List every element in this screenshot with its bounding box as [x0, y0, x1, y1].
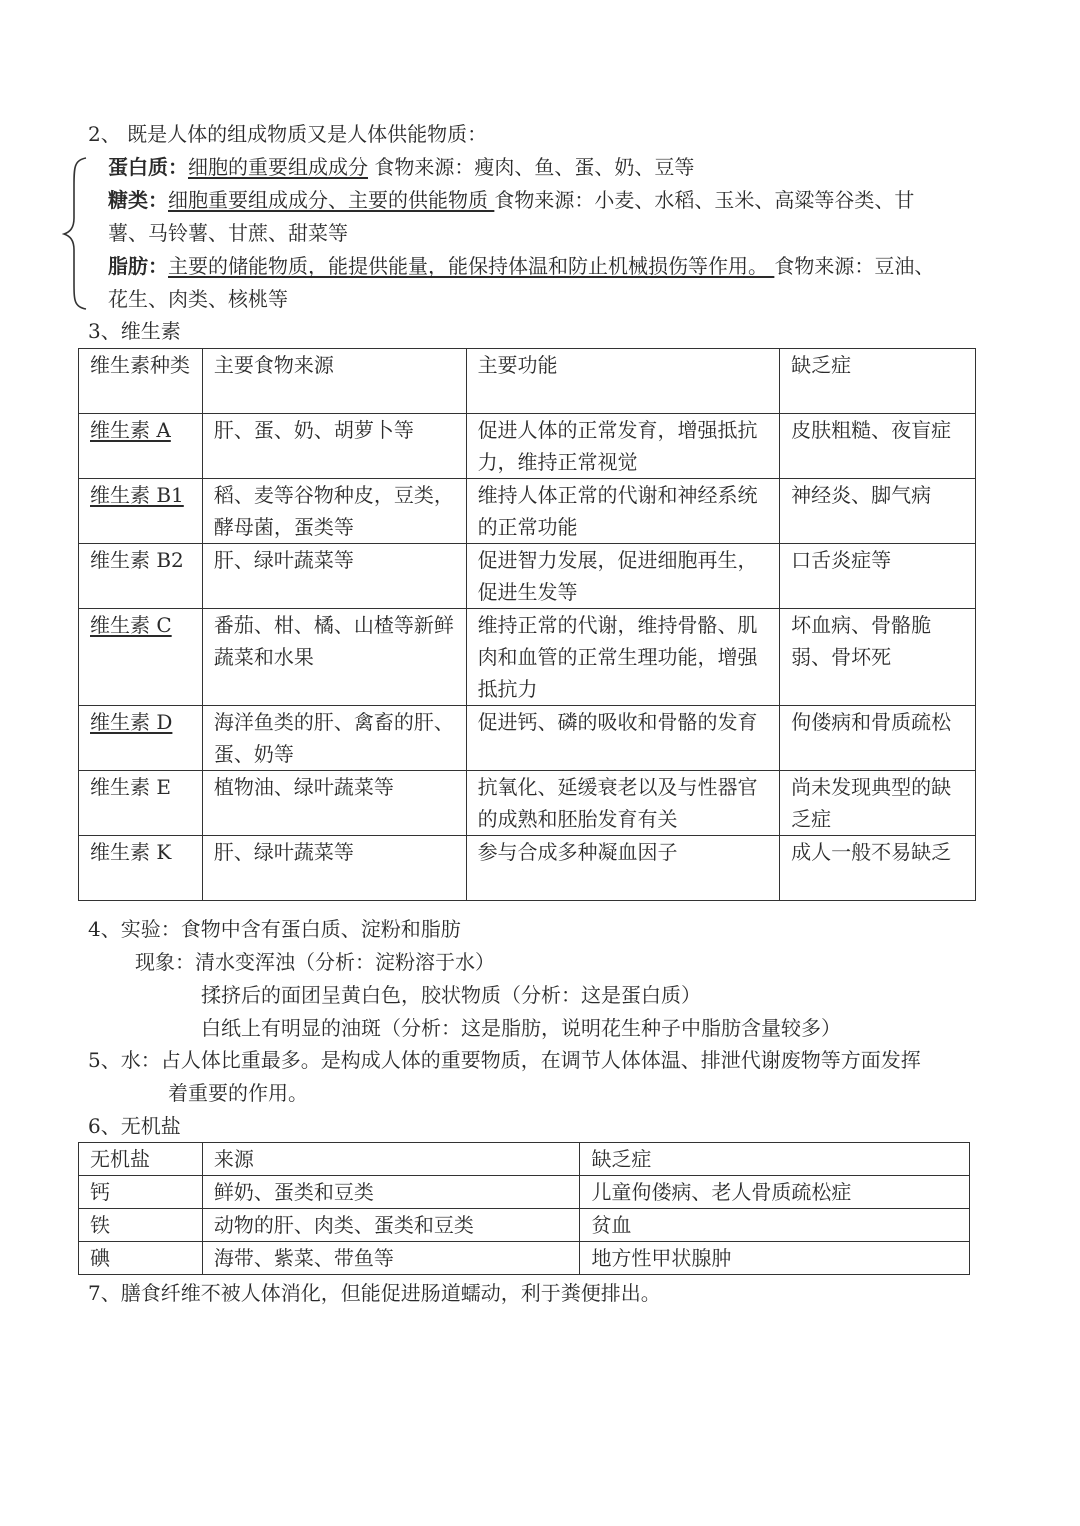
observation-2: 揉挤后的面团呈黄白色，胶状物质（分析：这是蛋白质）	[201, 979, 701, 1011]
header-cell: 缺乏症	[580, 1143, 970, 1176]
vitamin-deficiency: 尚未发现典型的缺乏症	[780, 771, 976, 836]
mineral-deficiency: 地方性甲状腺肿	[580, 1242, 970, 1275]
table-row: 维生素 K 肝、绿叶蔬菜等 参与合成多种凝血因子 成人一般不易缺乏	[79, 836, 976, 901]
fat-label: 脂肪：	[108, 254, 168, 278]
sugar-function: 细胞重要组成成分、主要的供能物质	[168, 188, 494, 212]
section-2-title: 2、 既是人体的组成物质又是人体供能物质：	[88, 118, 487, 150]
vitamin-source: 植物油、绿叶蔬菜等	[202, 771, 466, 836]
vitamin-function: 促进智力发展，促进细胞再生，促进生发等	[466, 544, 780, 609]
vitamin-name: 维生素 K	[79, 836, 203, 901]
mineral-deficiency: 贫血	[580, 1209, 970, 1242]
vitamin-function: 维持人体正常的代谢和神经系统的正常功能	[466, 479, 780, 544]
vitamin-source: 稻、麦等谷物种皮，豆类，酵母菌，蛋类等	[202, 479, 466, 544]
vitamin-source: 肝、蛋、奶、胡萝卜等	[202, 414, 466, 479]
vitamin-function: 维持正常的代谢，维持骨骼、肌肉和血管的正常生理功能，增强抵抗力	[466, 609, 780, 706]
curly-brace-icon	[62, 156, 92, 311]
vitamin-function: 参与合成多种凝血因子	[466, 836, 780, 901]
table-header-row: 维生素种类 主要食物来源 主要功能 缺乏症	[79, 349, 976, 414]
protein-label: 蛋白质：	[108, 155, 188, 179]
section-5-line-2: 着重要的作用。	[168, 1077, 308, 1109]
table-row: 维生素 B2 肝、绿叶蔬菜等 促进智力发展，促进细胞再生，促进生发等 口舌炎症等	[79, 544, 976, 609]
table-row: 维生素 B1 稻、麦等谷物种皮，豆类，酵母菌，蛋类等 维持人体正常的代谢和神经系…	[79, 479, 976, 544]
sugar-label: 糖类：	[108, 188, 168, 212]
section-3-title: 3、维生素	[88, 315, 181, 347]
header-cell: 主要功能	[466, 349, 780, 414]
mineral-source: 鲜奶、蛋类和豆类	[202, 1176, 580, 1209]
vitamin-deficiency: 神经炎、脚气病	[780, 479, 976, 544]
vitamin-name: 维生素 E	[79, 771, 203, 836]
observation-1: 现象：清水变浑浊（分析：淀粉溶于水）	[135, 946, 495, 978]
observation-3: 白纸上有明显的油斑（分析：这是脂肪，说明花生种子中脂肪含量较多）	[201, 1012, 841, 1044]
vitamin-deficiency: 口舌炎症等	[780, 544, 976, 609]
header-cell: 主要食物来源	[202, 349, 466, 414]
sugar-line: 糖类：细胞重要组成成分、主要的供能物质 食物来源：小麦、水稻、玉米、高粱等谷类、…	[108, 184, 914, 216]
vitamin-source: 海洋鱼类的肝、禽畜的肝、蛋、奶等	[202, 706, 466, 771]
mineral-name: 铁	[79, 1209, 203, 1242]
section-4-title: 4、实验：食物中含有蛋白质、淀粉和脂肪	[88, 913, 461, 945]
fat-source-cont: 花生、肉类、核桃等	[108, 283, 288, 315]
vitamin-function: 促进人体的正常发育，增强抵抗力，维持正常视觉	[466, 414, 780, 479]
header-cell: 缺乏症	[780, 349, 976, 414]
mineral-source: 动物的肝、肉类、蛋类和豆类	[202, 1209, 580, 1242]
protein-source: 食物来源：瘦肉、鱼、蛋、奶、豆等	[368, 155, 694, 179]
vitamin-deficiency: 佝偻病和骨质疏松	[780, 706, 976, 771]
vitamin-deficiency: 成人一般不易缺乏	[780, 836, 976, 901]
vitamin-function: 促进钙、磷的吸收和骨骼的发育	[466, 706, 780, 771]
header-cell: 无机盐	[79, 1143, 203, 1176]
section-6-title: 6、无机盐	[88, 1110, 181, 1142]
mineral-table: 无机盐 来源 缺乏症 钙 鲜奶、蛋类和豆类 儿童佝偻病、老人骨质疏松症 铁 动物…	[78, 1142, 970, 1275]
vitamin-name: 维生素 A	[79, 414, 203, 479]
vitamin-name: 维生素 C	[79, 609, 203, 706]
section-7-text: 7、膳食纤维不被人体消化，但能促进肠道蠕动，利于粪便排出。	[88, 1277, 661, 1309]
fat-line: 脂肪：主要的储能物质，能提供能量，能保持体温和防止机械损伤等作用。 食物来源：豆…	[108, 250, 934, 282]
mineral-deficiency: 儿童佝偻病、老人骨质疏松症	[580, 1176, 970, 1209]
sugar-source: 食物来源：小麦、水稻、玉米、高粱等谷类、甘	[494, 188, 914, 212]
mineral-name: 钙	[79, 1176, 203, 1209]
fat-source: 食物来源：豆油、	[774, 254, 934, 278]
table-row: 钙 鲜奶、蛋类和豆类 儿童佝偻病、老人骨质疏松症	[79, 1176, 970, 1209]
protein-line: 蛋白质：细胞的重要组成成分 食物来源：瘦肉、鱼、蛋、奶、豆等	[108, 151, 694, 183]
vitamin-name: 维生素 B2	[79, 544, 203, 609]
protein-function: 细胞的重要组成成分	[188, 155, 368, 179]
vitamin-deficiency: 坏血病、骨骼脆弱、骨坏死	[780, 609, 976, 706]
vitamin-source: 肝、绿叶蔬菜等	[202, 836, 466, 901]
vitamin-source: 番茄、柑、橘、山楂等新鲜蔬菜和水果	[202, 609, 466, 706]
header-cell: 来源	[202, 1143, 580, 1176]
vitamin-table: 维生素种类 主要食物来源 主要功能 缺乏症 维生素 A 肝、蛋、奶、胡萝卜等 促…	[78, 348, 976, 901]
sugar-source-cont: 薯、马铃薯、甘蔗、甜菜等	[108, 217, 348, 249]
vitamin-function: 抗氧化、延缓衰老以及与性器官的成熟和胚胎发育有关	[466, 771, 780, 836]
vitamin-name: 维生素 D	[79, 706, 203, 771]
section-5-line-1: 5、水：占人体比重最多。是构成人体的重要物质，在调节人体体温、排泄代谢废物等方面…	[88, 1044, 921, 1076]
vitamin-source: 肝、绿叶蔬菜等	[202, 544, 466, 609]
vitamin-deficiency: 皮肤粗糙、夜盲症	[780, 414, 976, 479]
header-cell: 维生素种类	[79, 349, 203, 414]
table-row: 维生素 E 植物油、绿叶蔬菜等 抗氧化、延缓衰老以及与性器官的成熟和胚胎发育有关…	[79, 771, 976, 836]
table-row: 维生素 D 海洋鱼类的肝、禽畜的肝、蛋、奶等 促进钙、磷的吸收和骨骼的发育 佝偻…	[79, 706, 976, 771]
table-row: 维生素 A 肝、蛋、奶、胡萝卜等 促进人体的正常发育，增强抵抗力，维持正常视觉 …	[79, 414, 976, 479]
table-row: 铁 动物的肝、肉类、蛋类和豆类 贫血	[79, 1209, 970, 1242]
fat-function: 主要的储能物质，能提供能量，能保持体温和防止机械损伤等作用。	[168, 254, 774, 278]
table-row: 维生素 C 番茄、柑、橘、山楂等新鲜蔬菜和水果 维持正常的代谢，维持骨骼、肌肉和…	[79, 609, 976, 706]
vitamin-name: 维生素 B1	[79, 479, 203, 544]
mineral-source: 海带、紫菜、带鱼等	[202, 1242, 580, 1275]
table-header-row: 无机盐 来源 缺乏症	[79, 1143, 970, 1176]
table-row: 碘 海带、紫菜、带鱼等 地方性甲状腺肿	[79, 1242, 970, 1275]
mineral-name: 碘	[79, 1242, 203, 1275]
